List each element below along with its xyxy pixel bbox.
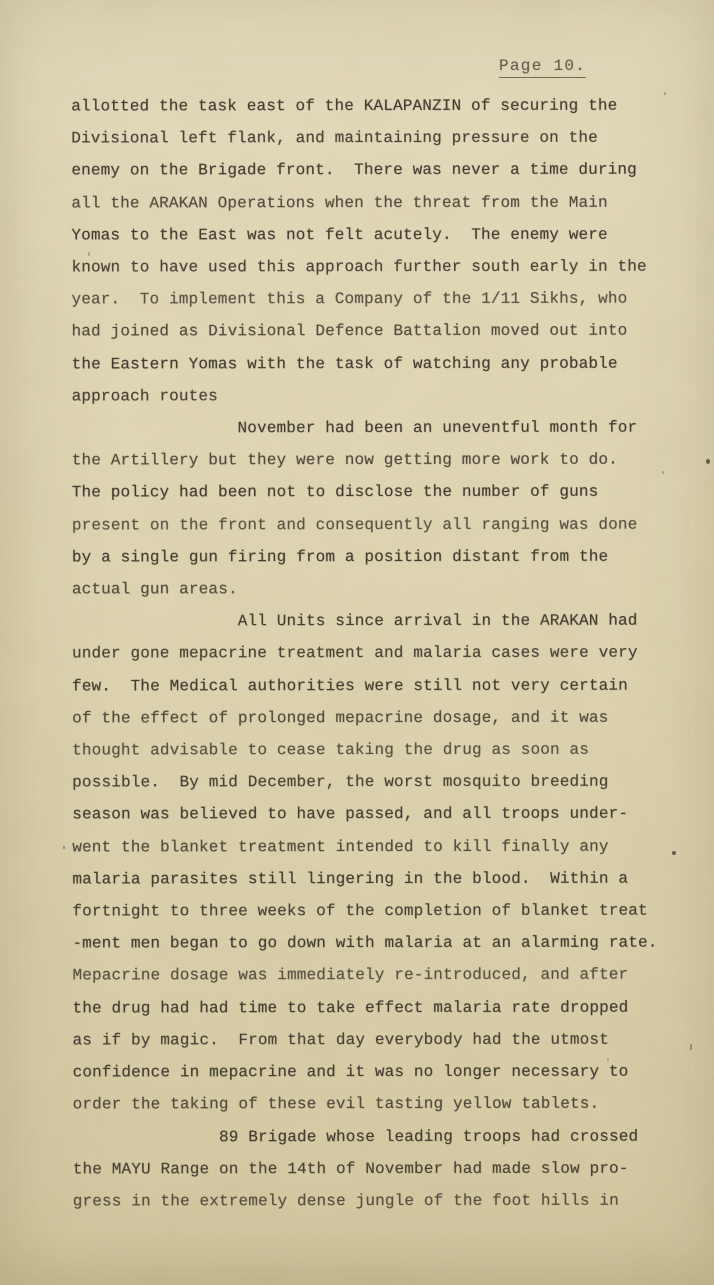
text-line: few. The Medical authorities were still … [72, 669, 682, 702]
text-line: by a single gun firing from a position d… [72, 540, 682, 573]
text-line: confidence in mepacrine and it was no lo… [73, 1056, 683, 1089]
text-line: order the taking of these evil tasting y… [73, 1088, 683, 1121]
text-line: the drug had had time to take effect mal… [72, 991, 682, 1024]
text-line: Mepacrine dosage was immediately re-intr… [72, 959, 682, 992]
text-line: under gone mepacrine treatment and malar… [72, 637, 682, 670]
text-line: had joined as Divisional Defence Battali… [72, 315, 682, 348]
text-line: known to have used this approach further… [71, 251, 681, 284]
text-line: November had been an uneventful month fo… [72, 412, 682, 445]
text-line: 89 Brigade whose leading troops had cros… [73, 1120, 683, 1153]
text-line: Yomas to the East was not felt acutely. … [71, 218, 681, 251]
scanned-page: Page 10. allotted the task east of the K… [0, 0, 714, 1285]
text-line: thought advisable to cease taking the dr… [72, 734, 682, 767]
text-line: Divisional left flank, and maintaining p… [71, 122, 681, 155]
text-line: the Artillery but they were now getting … [72, 444, 682, 477]
text-line: season was believed to have passed, and … [72, 798, 682, 831]
text-line: year. To implement this a Company of the… [71, 283, 681, 316]
page-number: Page 10. [499, 57, 586, 78]
text-line: possible. By mid December, the worst mos… [72, 766, 682, 799]
text-line: fortnight to three weeks of the completi… [72, 895, 682, 928]
text-line: All Units since arrival in the ARAKAN ha… [72, 605, 682, 638]
text-line: as if by magic. From that day everybody … [73, 1023, 683, 1056]
text-line: -ment men began to go down with malaria … [72, 927, 682, 960]
paper-speck [706, 459, 710, 464]
text-line: malaria parasites still lingering in the… [72, 862, 682, 895]
text-line: all the ARAKAN Operations when the threa… [71, 186, 681, 219]
text-line: allotted the task east of the KALAPANZIN… [71, 90, 681, 123]
text-line: actual gun areas. [72, 573, 682, 606]
text-line: the MAYU Range on the 14th of November h… [73, 1152, 683, 1185]
text-line: went the blanket treatment intended to k… [72, 830, 682, 863]
text-line: the Eastern Yomas with the task of watch… [72, 347, 682, 380]
text-line: present on the front and consequently al… [72, 508, 682, 541]
document-text: allotted the task east of the KALAPANZIN… [71, 90, 683, 1218]
text-line: of the effect of prolonged mepacrine dos… [72, 701, 682, 734]
text-line: gress in the extremely dense jungle of t… [73, 1184, 683, 1217]
paper-speck [690, 1044, 692, 1050]
text-line: enemy on the Brigade front. There was ne… [71, 154, 681, 187]
text-line: The policy had been not to disclose the … [72, 476, 682, 509]
text-line: approach routes [72, 379, 682, 412]
paper-speck [63, 846, 65, 849]
